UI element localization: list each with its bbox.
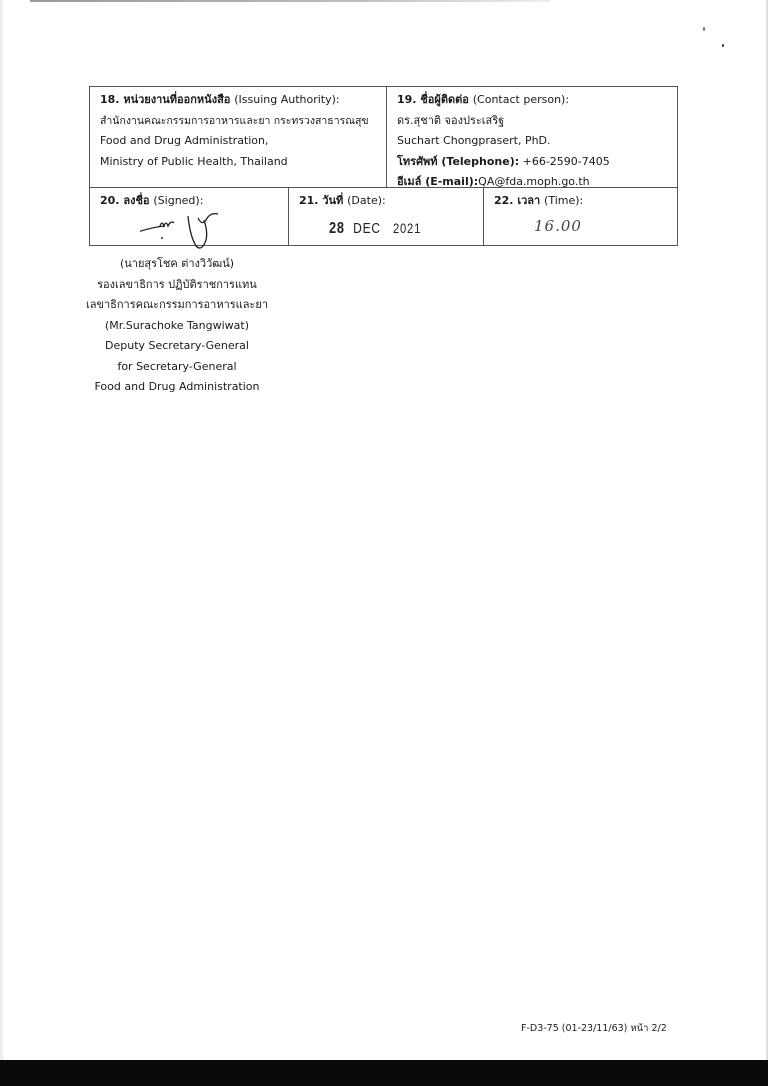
signatory-title-en: Deputy Secretary-General — [82, 336, 272, 357]
scan-speck — [703, 27, 705, 31]
time-cell: 22. เวลา (Time): 16.00 — [484, 188, 677, 245]
issuing-authority-line: Ministry of Public Health, Thailand — [100, 152, 386, 173]
field-number: 21. — [299, 194, 319, 207]
form-row-authority-contact: 18. หน่วยงานที่ออกหนังสือ (Issuing Autho… — [90, 87, 677, 188]
form-table: 18. หน่วยงานที่ออกหนังสือ (Issuing Autho… — [89, 86, 678, 246]
issuing-authority-label: 18. หน่วยงานที่ออกหนังสือ (Issuing Autho… — [100, 90, 386, 111]
field-number: 18. — [100, 93, 120, 106]
field-label-en: (Date): — [347, 194, 386, 207]
field-label-en: (Time): — [544, 194, 583, 207]
scan-top-edge — [30, 0, 550, 2]
form-footer: F-D3-75 (01-23/11/63) หน้า 2/2 — [521, 1021, 667, 1036]
field-label-thai: เวลา — [517, 194, 540, 207]
form-row-signature-date-time: 20. ลงชื่อ (Signed): 21. วันที่ (Date): … — [90, 188, 677, 245]
scan-left-edge — [0, 0, 3, 1060]
email-label: อีเมล์ (E-mail): — [397, 175, 478, 188]
signatory-name-thai: (นายสุรโชค ต่างวิวัฒน์) — [82, 254, 272, 275]
scan-bottom-band — [0, 1060, 768, 1086]
field-number: 20. — [100, 194, 120, 207]
handwritten-signature-icon — [140, 198, 260, 258]
issuing-authority-cell: 18. หน่วยงานที่ออกหนังสือ (Issuing Autho… — [90, 87, 387, 187]
signatory-block: (นายสุรโชค ต่างวิวัฒน์) รองเลขาธิการ ปฏิ… — [82, 254, 272, 398]
date-month: DEC — [353, 220, 381, 237]
date-year: 2021 — [393, 220, 421, 236]
date-cell: 21. วันที่ (Date): 28 DEC 2021 — [289, 188, 484, 245]
handwritten-time: 16.00 — [534, 216, 582, 237]
contact-name-thai: ดร.สุชาติ จองประเสริฐ — [397, 111, 677, 132]
telephone-value: +66-2590-7405 — [523, 155, 610, 168]
time-label: 22. เวลา (Time): — [494, 191, 677, 212]
signatory-title-en: for Secretary-General — [82, 357, 272, 378]
contact-person-label: 19. ชื่อผู้ติดต่อ (Contact person): — [397, 90, 677, 111]
scan-speck — [722, 44, 724, 47]
issuing-authority-line: Food and Drug Administration, — [100, 131, 386, 152]
field-label-thai: วันที่ — [322, 194, 343, 207]
telephone-label: โทรศัพท์ (Telephone): — [397, 155, 519, 168]
signed-cell: 20. ลงชื่อ (Signed): — [90, 188, 289, 245]
date-label: 21. วันที่ (Date): — [299, 191, 483, 212]
contact-person-cell: 19. ชื่อผู้ติดต่อ (Contact person): ดร.ส… — [387, 87, 677, 187]
email-value: QA@fda.moph.go.th — [478, 175, 589, 188]
signatory-org-en: Food and Drug Administration — [82, 377, 272, 398]
date-day: 28 — [329, 220, 345, 237]
date-stamp: 28 DEC 2021 — [329, 218, 421, 240]
field-number: 22. — [494, 194, 514, 207]
field-number: 19. — [397, 93, 417, 106]
contact-name-en: Suchart Chongprasert, PhD. — [397, 131, 677, 152]
contact-telephone: โทรศัพท์ (Telephone): +66-2590-7405 — [397, 152, 677, 173]
issuing-authority-line: สำนักงานคณะกรรมการอาหารและยา กระทรวงสาธา… — [100, 111, 386, 132]
field-label-thai: หน่วยงานที่ออกหนังสือ — [123, 93, 230, 106]
signatory-name-en: (Mr.Surachoke Tangwiwat) — [82, 316, 272, 337]
signatory-title-thai: รองเลขาธิการ ปฏิบัติราชการแทน — [82, 275, 272, 296]
field-label-en: (Issuing Authority): — [234, 93, 339, 106]
field-label-thai: ชื่อผู้ติดต่อ — [420, 93, 469, 106]
field-label-en: (Contact person): — [473, 93, 569, 106]
signatory-title-thai: เลขาธิการคณะกรรมการอาหารและยา — [82, 295, 272, 316]
